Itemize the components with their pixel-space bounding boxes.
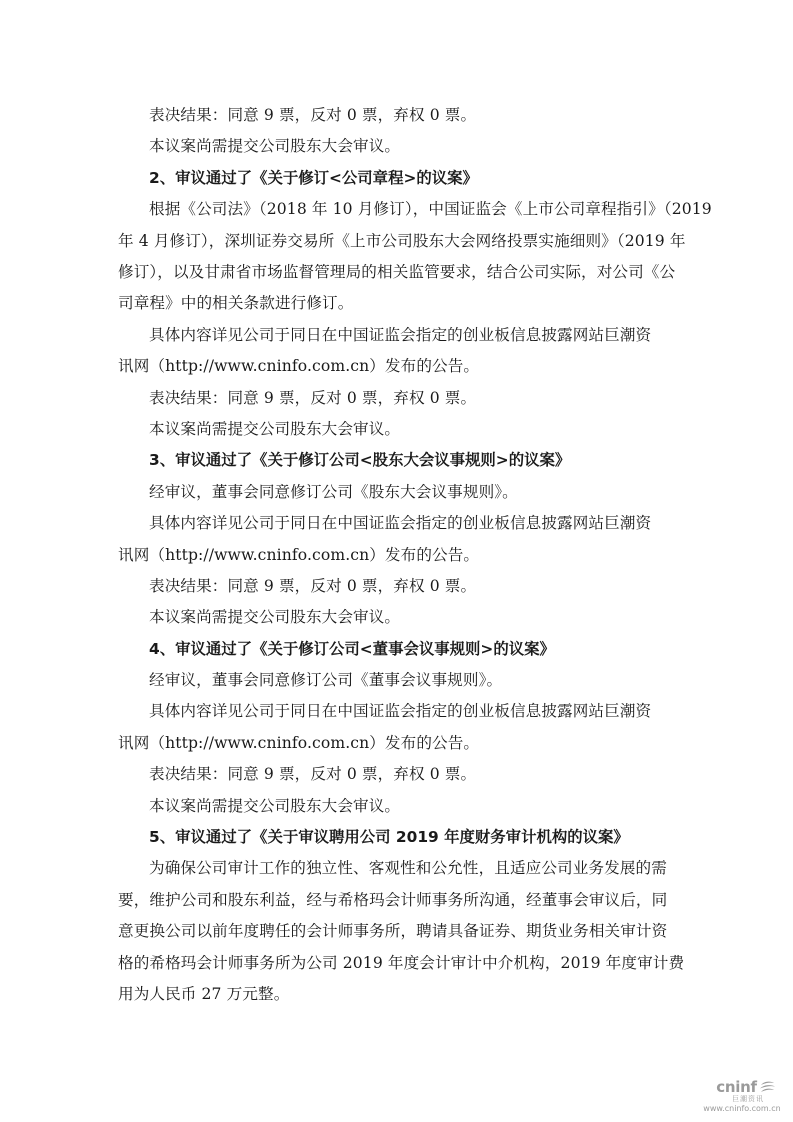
vote-result-line: 表决结果：同意 9 票，反对 0 票，弃权 0 票。 (118, 759, 676, 790)
body-line: 具体内容详见公司于同日在中国证监会指定的创业板信息披露网站巨潮资 (118, 508, 676, 539)
section-heading-4: 4、审议通过了《关于修订公司<董事会议事规则>的议案》 (118, 634, 676, 665)
body-line-url: 讯网（http://www.cninfo.com.cn）发布的公告。 (118, 540, 676, 571)
cninfo-swoosh-icon (759, 1080, 776, 1094)
body-line: 司章程》中的相关条款进行修订。 (118, 288, 676, 319)
body-line-url: 讯网（http://www.cninfo.com.cn）发布的公告。 (118, 728, 676, 759)
vote-result-line: 表决结果：同意 9 票，反对 0 票，弃权 0 票。 (118, 100, 676, 131)
pending-approval-line: 本议案尚需提交公司股东大会审议。 (118, 602, 676, 633)
section-heading-5: 5、审议通过了《关于审议聘用公司 2019 年度财务审计机构的议案》 (118, 822, 676, 853)
pending-approval-line: 本议案尚需提交公司股东大会审议。 (118, 791, 676, 822)
body-line: 意更换公司以前年度聘任的会计师事务所，聘请具备证券、期货业务相关审计资 (118, 916, 676, 947)
pending-approval-line: 本议案尚需提交公司股东大会审议。 (118, 414, 676, 445)
cninfo-url: www.cninfo.com.cn (687, 1104, 787, 1114)
body-line: 年 4 月修订），深圳证券交易所《上市公司股东大会网络投票实施细则》（2019 … (118, 226, 676, 257)
section-heading-2: 2、审议通过了《关于修订<公司章程>的议案》 (118, 163, 676, 194)
cninfo-brand-text: cninf (716, 1079, 756, 1095)
cninfo-chinese-name: 巨潮资讯 (687, 1095, 787, 1104)
vote-result-line: 表决结果：同意 9 票，反对 0 票，弃权 0 票。 (118, 571, 676, 602)
vote-result-line: 表决结果：同意 9 票，反对 0 票，弃权 0 票。 (118, 383, 676, 414)
cninfo-watermark: cninf 巨潮资讯 www.cninfo.com.cn (687, 1079, 787, 1114)
body-line: 为确保公司审计工作的独立性、客观性和公允性，且适应公司业务发展的需 (118, 853, 676, 884)
body-line: 要，维护公司和股东利益，经与希格玛会计师事务所沟通，经董事会审议后，同 (118, 885, 676, 916)
body-line: 用为人民币 27 万元整。 (118, 979, 676, 1010)
body-line: 具体内容详见公司于同日在中国证监会指定的创业板信息披露网站巨潮资 (118, 696, 676, 727)
body-line-url: 讯网（http://www.cninfo.com.cn）发布的公告。 (118, 351, 676, 382)
cninfo-logo: cninf (687, 1079, 787, 1095)
document-page: 表决结果：同意 9 票，反对 0 票，弃权 0 票。 本议案尚需提交公司股东大会… (118, 100, 676, 1010)
section-heading-3: 3、审议通过了《关于修订公司<股东大会议事规则>的议案》 (118, 445, 676, 476)
body-line: 经审议，董事会同意修订公司《股东大会议事规则》。 (118, 477, 676, 508)
body-line: 经审议，董事会同意修订公司《董事会议事规则》。 (118, 665, 676, 696)
pending-approval-line: 本议案尚需提交公司股东大会审议。 (118, 131, 676, 162)
body-line: 修订），以及甘肃省市场监督管理局的相关监管要求，结合公司实际，对公司《公 (118, 257, 676, 288)
body-line: 格的希格玛会计师事务所为公司 2019 年度会计审计中介机构，2019 年度审计… (118, 948, 676, 979)
body-line: 具体内容详见公司于同日在中国证监会指定的创业板信息披露网站巨潮资 (118, 320, 676, 351)
body-line: 根据《公司法》（2018 年 10 月修订），中国证监会《上市公司章程指引》（2… (118, 194, 676, 225)
